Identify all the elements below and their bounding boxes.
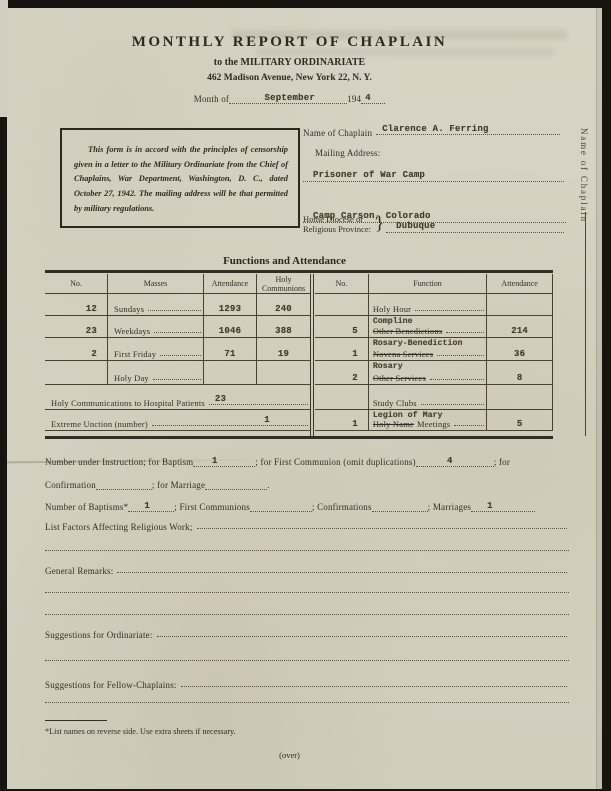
suggestions-ordinariate-label: Suggestions for Ordinariate: <box>45 630 153 640</box>
masses-table: No. Masses Attendance Holy Communions 12… <box>45 274 310 431</box>
period: . <box>267 480 269 490</box>
over-note: (over) <box>7 750 572 760</box>
confirmation-label: Confirmation <box>45 480 96 490</box>
form-subtitle: to the MILITARY ORDINARIATE <box>7 57 572 68</box>
diocese-label-line1: Home Diocese or <box>303 214 363 224</box>
table-title: Functions and Attendance <box>7 255 562 267</box>
general-remarks-label: General Remarks: <box>45 566 113 576</box>
holy-day-label: Holy Day <box>114 373 149 383</box>
legion-count: 1 <box>352 419 358 429</box>
meetings-label: Meetings <box>417 419 450 429</box>
suggestions-ordinariate-row: Suggestions for Ordinariate: <box>45 630 569 640</box>
table-row: 12 Sundays 1293 240 <box>45 294 310 316</box>
holy-hour-label: Holy Hour <box>373 304 411 314</box>
table-bottom-rule <box>45 436 553 439</box>
novena-count: 1 <box>352 349 358 359</box>
hospital-communions-label: Holy Communications to Hospital Patients <box>51 398 205 408</box>
col-header-attendance: Attendance <box>487 274 552 294</box>
functions-table: No. Function Attendance Holy Hour 5 Comp… <box>315 274 553 431</box>
instruction-communion-value: 4 <box>447 456 453 466</box>
study-clubs-label: Study Clubs <box>373 398 417 408</box>
instruction-line-2: Confirmation ; for Marriage . <box>45 478 569 490</box>
weekdays-label: Weekdays <box>114 326 150 336</box>
diocese-field: Dubuque <box>386 218 564 233</box>
brace-glyph: } <box>375 213 384 235</box>
month-label: Month of <box>194 94 229 104</box>
marriage-field <box>205 478 267 490</box>
other-services-count: 2 <box>352 373 358 383</box>
col-header-attendance: Attendance <box>204 274 257 294</box>
compline-typed-label: Compline <box>373 317 413 326</box>
legion-of-mary-typed-label: Legion of Mary <box>373 411 443 420</box>
other-benedictions-label: Other Benedictions <box>373 326 442 336</box>
diocese-label: Home Diocese or Religious Province: <box>303 214 371 235</box>
table-top-rule <box>45 270 553 273</box>
diocese-label-line2: Religious Province: <box>303 224 371 234</box>
first-friday-label: First Friday <box>114 349 156 359</box>
marriages-label: ; Marriages <box>428 502 471 512</box>
diocese-value: Dubuque <box>396 221 435 231</box>
rosary-benediction-typed-label: Rosary-Benediction <box>373 339 463 348</box>
name-label: Name of Chaplain <box>303 128 372 138</box>
marriage-label: ; for Marriage <box>152 480 205 490</box>
table-row: 2 Rosary Other Services 8 <box>315 361 552 385</box>
extreme-unction-value: 1 <box>264 415 270 425</box>
rosary-typed-label: Rosary <box>373 362 403 371</box>
page-edge-shadow <box>597 8 602 789</box>
mailing-address-label: Mailing Address: <box>315 148 380 158</box>
table-row: Holy Day <box>45 361 310 385</box>
first-friday-count: 2 <box>91 349 97 359</box>
benedictions-count: 5 <box>352 326 358 336</box>
other-services-label: Other Services <box>373 373 426 383</box>
novena-attendance: 36 <box>514 349 525 359</box>
confirmation-field <box>96 478 152 490</box>
censorship-notice-box: This form is in accord with the principl… <box>60 128 300 228</box>
instruction-baptism-value: 1 <box>212 456 218 466</box>
margin-note-rule <box>585 212 586 436</box>
mailing-line1-value: Prisoner of War Camp <box>313 170 425 180</box>
col-header-communions: Holy Communions <box>257 274 310 294</box>
table-row: 2 First Friday 71 19 <box>45 338 310 361</box>
masses-header-row: No. Masses Attendance Holy Communions <box>45 274 310 294</box>
first-communions-field <box>250 500 312 512</box>
weekdays-communions: 388 <box>275 326 292 336</box>
censorship-notice-text: This form is in accord with the principl… <box>74 143 288 217</box>
first-friday-attendance: 71 <box>224 349 235 359</box>
scanned-document-page: MONTHLY REPORT OF CHAPLAIN to the MILITA… <box>0 0 611 791</box>
first-friday-communions: 19 <box>278 349 289 359</box>
form-address: 462 Madison Avenue, New York 22, N. Y. <box>7 73 572 83</box>
col-header-no: No. <box>315 274 369 294</box>
confirmations-field <box>372 500 428 512</box>
mailing-address-line1: Prisoner of War Camp <box>303 165 564 182</box>
general-remarks-row: General Remarks: <box>45 566 569 576</box>
instruction-baptism-label: Number under Instruction; for Baptism <box>45 457 193 467</box>
baptisms-value: 1 <box>144 501 150 511</box>
month-value: September <box>265 93 315 103</box>
other-services-attendance: 8 <box>517 373 523 383</box>
benedictions-attendance: 214 <box>511 326 528 336</box>
form-title: MONTHLY REPORT OF CHAPLAIN <box>7 34 572 51</box>
sundays-attendance: 1293 <box>219 304 241 314</box>
table-row: 1 Rosary-Benediction Novena Services 36 <box>315 338 552 361</box>
footnote-text: *List names on reverse side. Use extra s… <box>45 727 236 736</box>
year-prefix: 194 <box>347 94 361 104</box>
novena-services-label: Novena Services <box>373 349 433 359</box>
year-field: 4 <box>361 92 385 104</box>
suggestions-fellow-row: Suggestions for Fellow-Chaplains: <box>45 680 569 690</box>
blank-line <box>45 660 569 661</box>
month-field: September <box>229 92 347 104</box>
sundays-label: Sundays <box>114 304 144 314</box>
blank-line <box>45 614 569 615</box>
col-header-no: No. <box>45 274 108 294</box>
instruction-communion-label: ; for First Communion (omit duplications… <box>255 457 415 467</box>
blank-line <box>45 550 569 551</box>
table-row: Extreme Unction (number) 1 <box>45 410 310 431</box>
functions-header-row: No. Function Attendance <box>315 274 552 294</box>
name-field: Clarence A. Ferring <box>376 122 560 135</box>
table-row: Study Clubs <box>315 385 552 410</box>
weekdays-attendance: 1046 <box>219 326 241 336</box>
holy-name-label: Holy Name <box>373 419 414 429</box>
first-communions-label: ; First Communions <box>174 502 250 512</box>
diocese-row: Home Diocese or Religious Province: } Du… <box>303 213 564 235</box>
legion-attendance: 5 <box>517 419 523 429</box>
paper-sheet: MONTHLY REPORT OF CHAPLAIN to the MILITA… <box>7 8 602 789</box>
sundays-count: 12 <box>86 304 97 314</box>
margin-note-vertical: Name of Chaplain <box>579 128 589 223</box>
blank-line <box>45 702 569 703</box>
sacraments-line: Number of Baptisms* 1 ; First Communions… <box>45 500 569 512</box>
marriages-value: 1 <box>487 501 493 511</box>
table-row: 23 Weekdays 1046 388 <box>45 316 310 338</box>
name-value: Clarence A. Ferring <box>382 124 488 134</box>
chaplain-name-row: Name of Chaplain Clarence A. Ferring <box>303 122 562 138</box>
col-header-masses: Masses <box>108 274 204 294</box>
paper-edge-extension <box>0 0 8 117</box>
hospital-communions-value: 23 <box>215 394 226 404</box>
list-factors-label: List Factors Affecting Religious Work; <box>45 522 193 532</box>
extreme-unction-label: Extreme Unction (number) <box>51 419 148 429</box>
table-row: 1 Legion of Mary Holy Name Meetings 5 <box>315 410 552 431</box>
table-row: 5 Compline Other Benedictions 214 <box>315 316 552 338</box>
sundays-communions: 240 <box>275 304 292 314</box>
weekdays-count: 23 <box>86 326 97 336</box>
table-row: Holy Communications to Hospital Patients… <box>45 385 310 410</box>
list-factors-row: List Factors Affecting Religious Work; <box>45 522 569 532</box>
instruction-for-label: ; for <box>494 457 510 467</box>
confirmations-label: ; Confirmations <box>312 502 372 512</box>
instruction-line-1: Number under Instruction; for Baptism 1 … <box>45 455 569 467</box>
suggestions-fellow-label: Suggestions for Fellow-Chaplains: <box>45 680 177 690</box>
col-header-function: Function <box>369 274 488 294</box>
footnote-rule <box>45 720 107 721</box>
month-line: Month of September 194 4 <box>7 92 572 104</box>
table-row: Holy Hour <box>315 294 552 316</box>
year-value: 4 <box>365 93 371 103</box>
blank-line <box>45 592 569 593</box>
table-center-divider <box>310 274 314 436</box>
baptisms-label: Number of Baptisms* <box>45 502 128 512</box>
